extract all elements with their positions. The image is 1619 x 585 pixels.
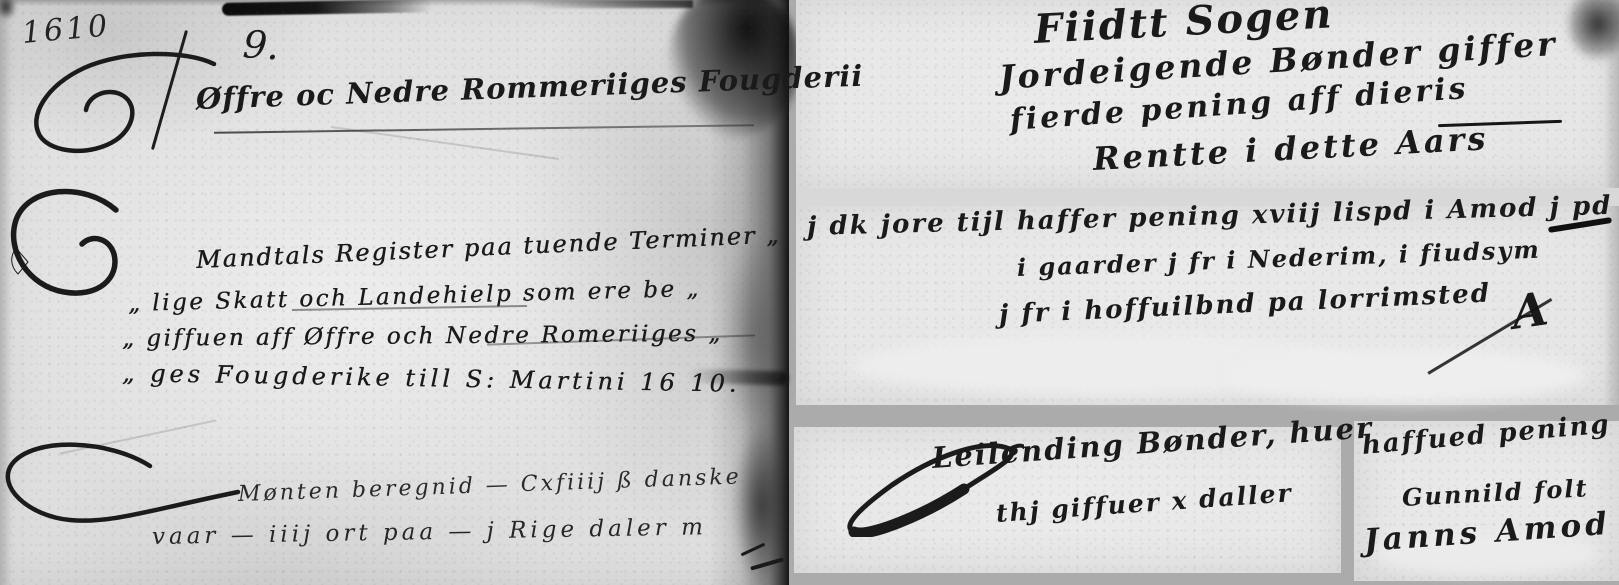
handwritten-line: Gunnild folt (1401, 473, 1589, 512)
handwritten-line: Leilending Bønder, huer (931, 410, 1374, 475)
ink-streak (528, 0, 693, 8)
snippet-assessment: j dk jore tijl haffer pening xviij lispd… (796, 206, 1619, 405)
handwritten-line: „ ges Fougderike till S: Martini 16 10. (122, 359, 741, 398)
page-edge-shadow (1603, 206, 1619, 405)
snippet-parish-header: Fiidtt Sogen Jordeigende Bønder giffer f… (796, 0, 1619, 188)
pen-flourish-initial (8, 186, 130, 304)
handwritten-line: i gaarder j fr i Nederim, i fiudsym (1016, 235, 1541, 282)
page-corner-shadow (1567, 0, 1619, 60)
margin-year: 1610 (20, 8, 111, 51)
page-number: 9. (241, 22, 280, 68)
handwritten-line: j fr i hoffuilbnd pa lorrimsted (998, 279, 1491, 330)
handwritten-line: Mønten beregnid — Cxfiiij ß danske (238, 464, 743, 507)
left-page: 1610 9. Øffre oc Nedre Rommeriiges Fougd… (0, 0, 789, 585)
handwritten-line: „ lige Skatt och Landehielp som ere be „ (128, 276, 701, 317)
pen-flourish-initial (28, 50, 223, 165)
handwritten-line: thj giffuer x daller (995, 478, 1294, 528)
handwritten-line: Mandtals Register paa tuende Terminer „ (195, 221, 781, 274)
snippet-tenants: Leilending Bønder, huer thj giffuer x da… (794, 427, 1341, 573)
corner-ink-mark (0, 0, 17, 20)
handwritten-line: haffued pening (1361, 409, 1612, 461)
handwritten-line: „ giffuen aff Øffre och Nedre Romeriiges… (122, 321, 723, 352)
heading-underline (214, 124, 754, 134)
manuscript-scan-composite: 1610 9. Øffre oc Nedre Rommeriiges Fougd… (0, 0, 1619, 585)
ink-smear (222, 0, 432, 16)
pen-flourish-initial (0, 438, 245, 530)
snippet-note: haffued pening Gunnild folt Janns Amod (1354, 421, 1619, 581)
paper-light-patch (1226, 348, 1586, 403)
